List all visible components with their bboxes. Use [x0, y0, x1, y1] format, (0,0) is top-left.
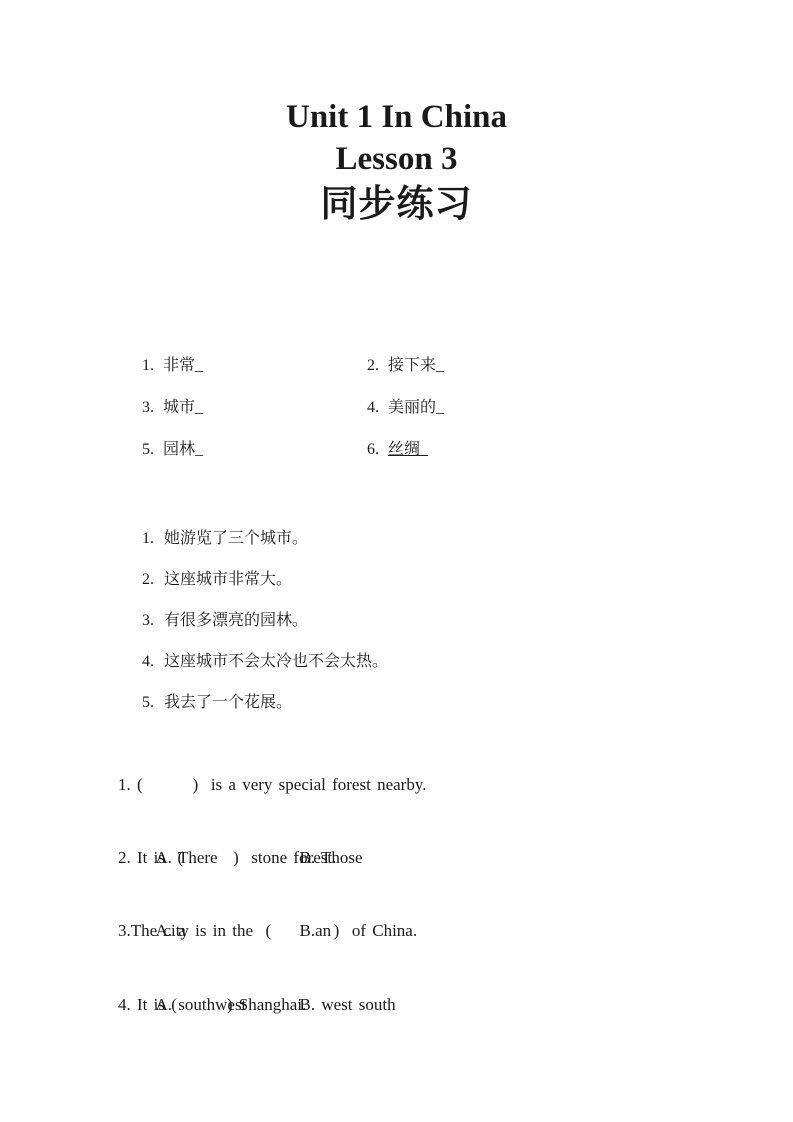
question-2-options: A. aB.an: [118, 877, 698, 914]
vocabulary-section: 1.非常_ 2.接下来_ 3.城市_ 4.美丽的_ 5.园林_ 6.丝绸_: [118, 303, 444, 429]
sentence-1: 1.她游览了三个城市。: [118, 477, 388, 518]
vocab-item-6: 6.丝绸_: [343, 387, 444, 429]
item-number: 6.: [367, 441, 379, 458]
item-number: 2.: [142, 571, 154, 588]
worksheet-page: Unit 1 In China Lesson 3 同步练习 1.非常_ 2.接下…: [0, 0, 793, 1122]
option-b: B. west south: [300, 995, 396, 1014]
item-number: 5.: [142, 441, 154, 458]
vocab-word: 丝绸_: [388, 441, 428, 458]
question-1: 1. ( ) is a very special forest nearby.: [118, 767, 698, 804]
sentence-text: 她游览了三个城市。: [164, 530, 308, 547]
sentence-translation-section: 1.她游览了三个城市。 2.这座城市非常大。 3.有很多漂亮的园林。 4.这座城…: [118, 477, 388, 682]
vocab-word: 园林_: [163, 441, 203, 458]
vocab-item-4: 4.美丽的_: [343, 345, 444, 387]
multiple-choice-section: 1. ( ) is a very special forest nearby. …: [118, 767, 698, 1023]
item-number: 3.: [142, 612, 154, 629]
sentence-text: 我去了一个花展。: [164, 694, 292, 711]
vocab-item-5: 5.园林_: [118, 387, 343, 429]
vocab-item-2: 2.接下来_: [343, 303, 444, 345]
question-2: 2. It is ( ) stone forest.: [118, 840, 698, 877]
vocab-item-1: 1.非常_: [118, 303, 343, 345]
item-number: 4.: [142, 653, 154, 670]
item-number: 1.: [142, 530, 154, 547]
lesson-title: Lesson 3: [0, 138, 793, 180]
sentence-text: 这座城市非常大。: [164, 571, 292, 588]
unit-title: Unit 1 In China: [0, 96, 793, 138]
sentence-text: 有很多漂亮的园林。: [164, 612, 308, 629]
vocab-item-3: 3.城市_: [118, 345, 343, 387]
document-header: Unit 1 In China Lesson 3 同步练习: [0, 96, 793, 228]
item-number: 5.: [142, 694, 154, 711]
sentence-text: 这座城市不会太冷也不会太热。: [164, 653, 388, 670]
question-1-options: A. ThereB. Those: [118, 804, 698, 841]
question-3: 3.The city is in the ( ) of China.: [118, 913, 698, 950]
question-3-options: A. southwestB. west south: [118, 950, 698, 987]
question-4: 4. It is ( ) Shanghai.: [118, 987, 698, 1024]
subtitle-chinese: 同步练习: [0, 180, 793, 228]
